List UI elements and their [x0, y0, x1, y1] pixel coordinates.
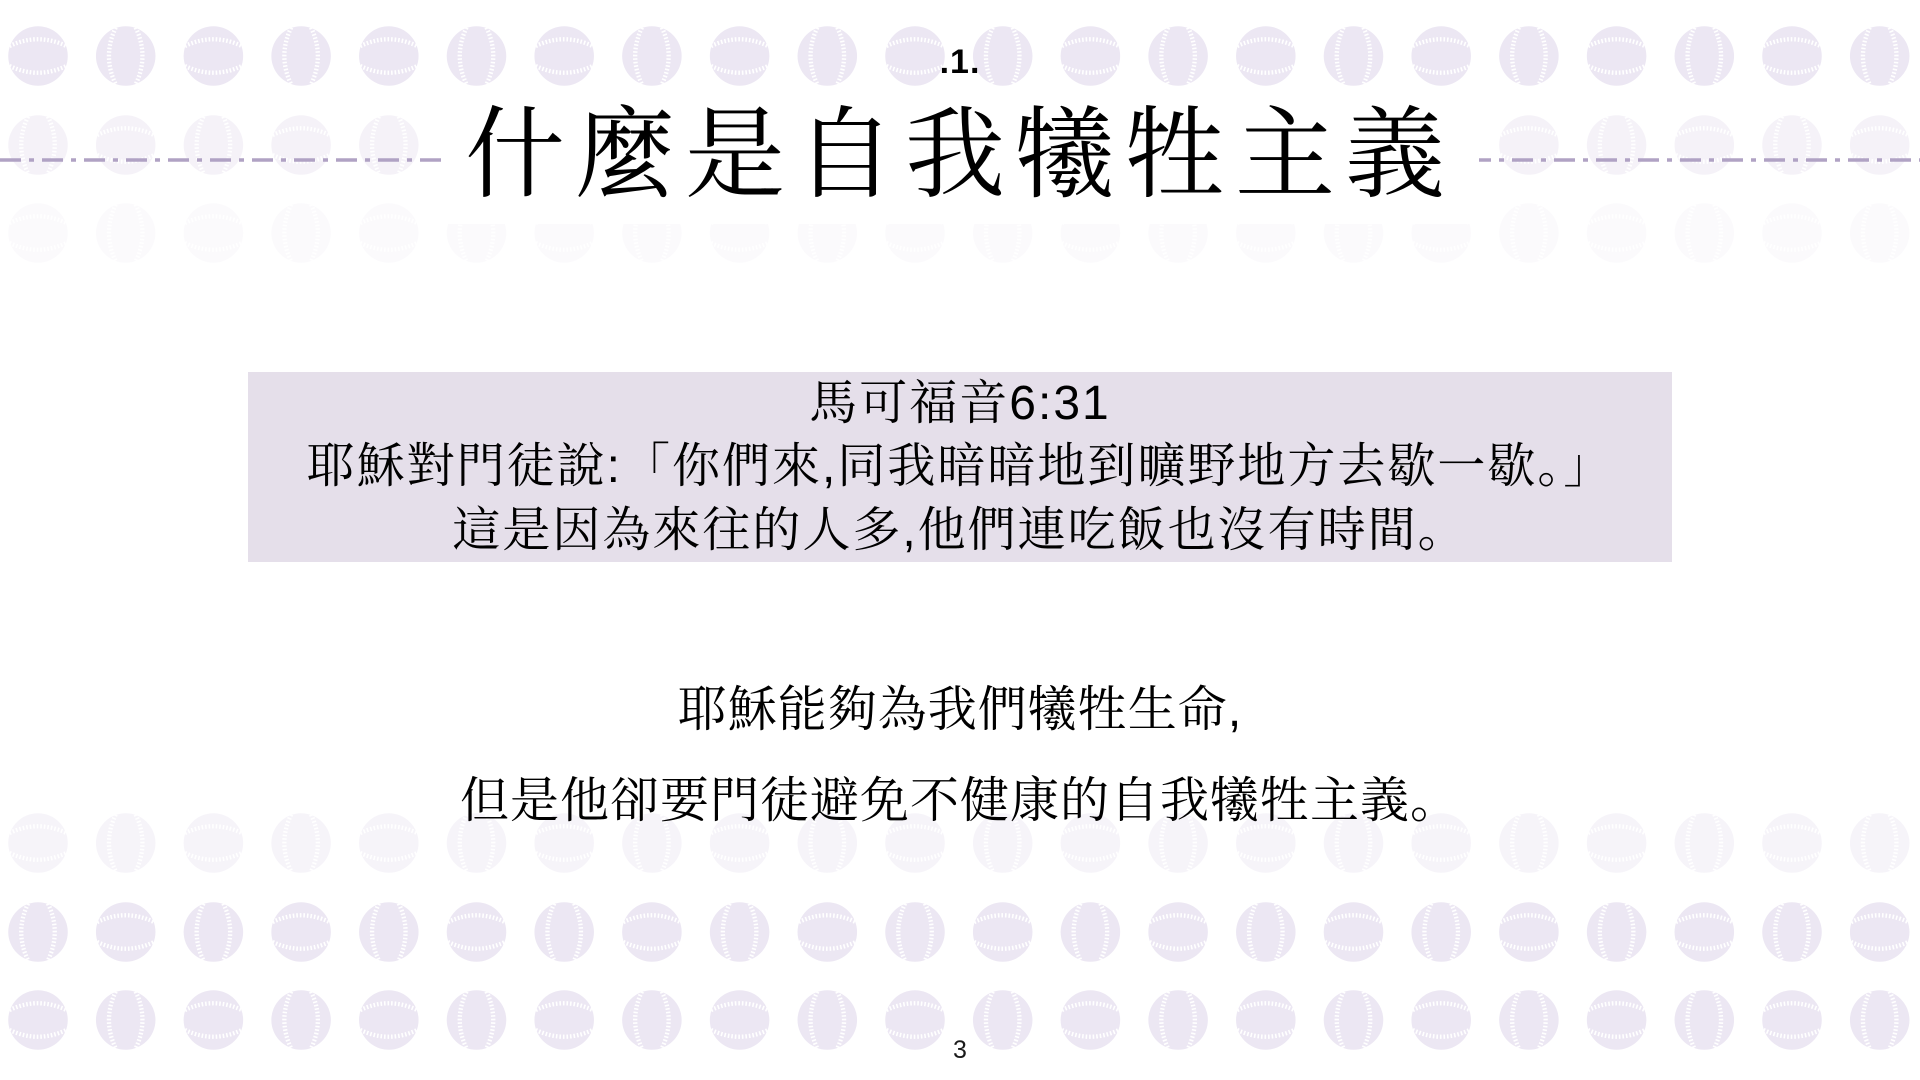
baseball-icon — [1762, 902, 1822, 962]
body-line: 但是他卻要門徒避免不健康的自我犧牲主義。 — [0, 770, 1920, 832]
baseball-icon — [447, 902, 507, 962]
baseball-icon — [1850, 902, 1910, 962]
baseball-icon — [710, 902, 770, 962]
slide: { "slide": { "slide_marker": ".1.", "tit… — [0, 0, 1920, 1080]
baseball-icon — [8, 902, 68, 962]
baseball-icon — [885, 902, 945, 962]
baseball-icon — [798, 902, 858, 962]
body-line: 耶穌能夠為我們犧牲生命, — [0, 679, 1920, 741]
baseball-icon — [1324, 902, 1384, 962]
baseball-icon — [1499, 902, 1559, 962]
baseball-icon — [184, 902, 244, 962]
page-title: 什麼是自我犧牲主義 — [441, 86, 1479, 224]
baseball-icon — [271, 902, 331, 962]
scripture-line: 這是因為來往的人多,他們連吃飯也沒有時間。 — [248, 499, 1672, 562]
baseball-icon — [622, 902, 682, 962]
baseball-icon — [534, 902, 594, 962]
baseball-icon — [1148, 902, 1208, 962]
title-block: 什麼是自我犧牲主義 — [0, 86, 1920, 224]
baseball-icon — [1236, 902, 1296, 962]
baseball-icon — [1411, 902, 1471, 962]
baseball-icon — [1675, 902, 1735, 962]
baseball-icon — [1587, 902, 1647, 962]
slide-marker: .1. — [0, 44, 1920, 80]
page-number: 3 — [0, 1036, 1920, 1064]
scripture-line: 耶穌對門徒說:「你們來,同我暗暗地到曠野地方去歇一歇。」 — [248, 435, 1672, 498]
baseball-icon — [96, 902, 156, 962]
baseball-icon — [973, 902, 1033, 962]
baseball-icon — [1061, 902, 1121, 962]
scripture-reference: 馬可福音6:31 — [248, 372, 1672, 435]
baseball-icon — [359, 902, 419, 962]
scripture-box: 馬可福音6:31 耶穌對門徒說:「你們來,同我暗暗地到曠野地方去歇一歇。」 這是… — [248, 372, 1672, 562]
